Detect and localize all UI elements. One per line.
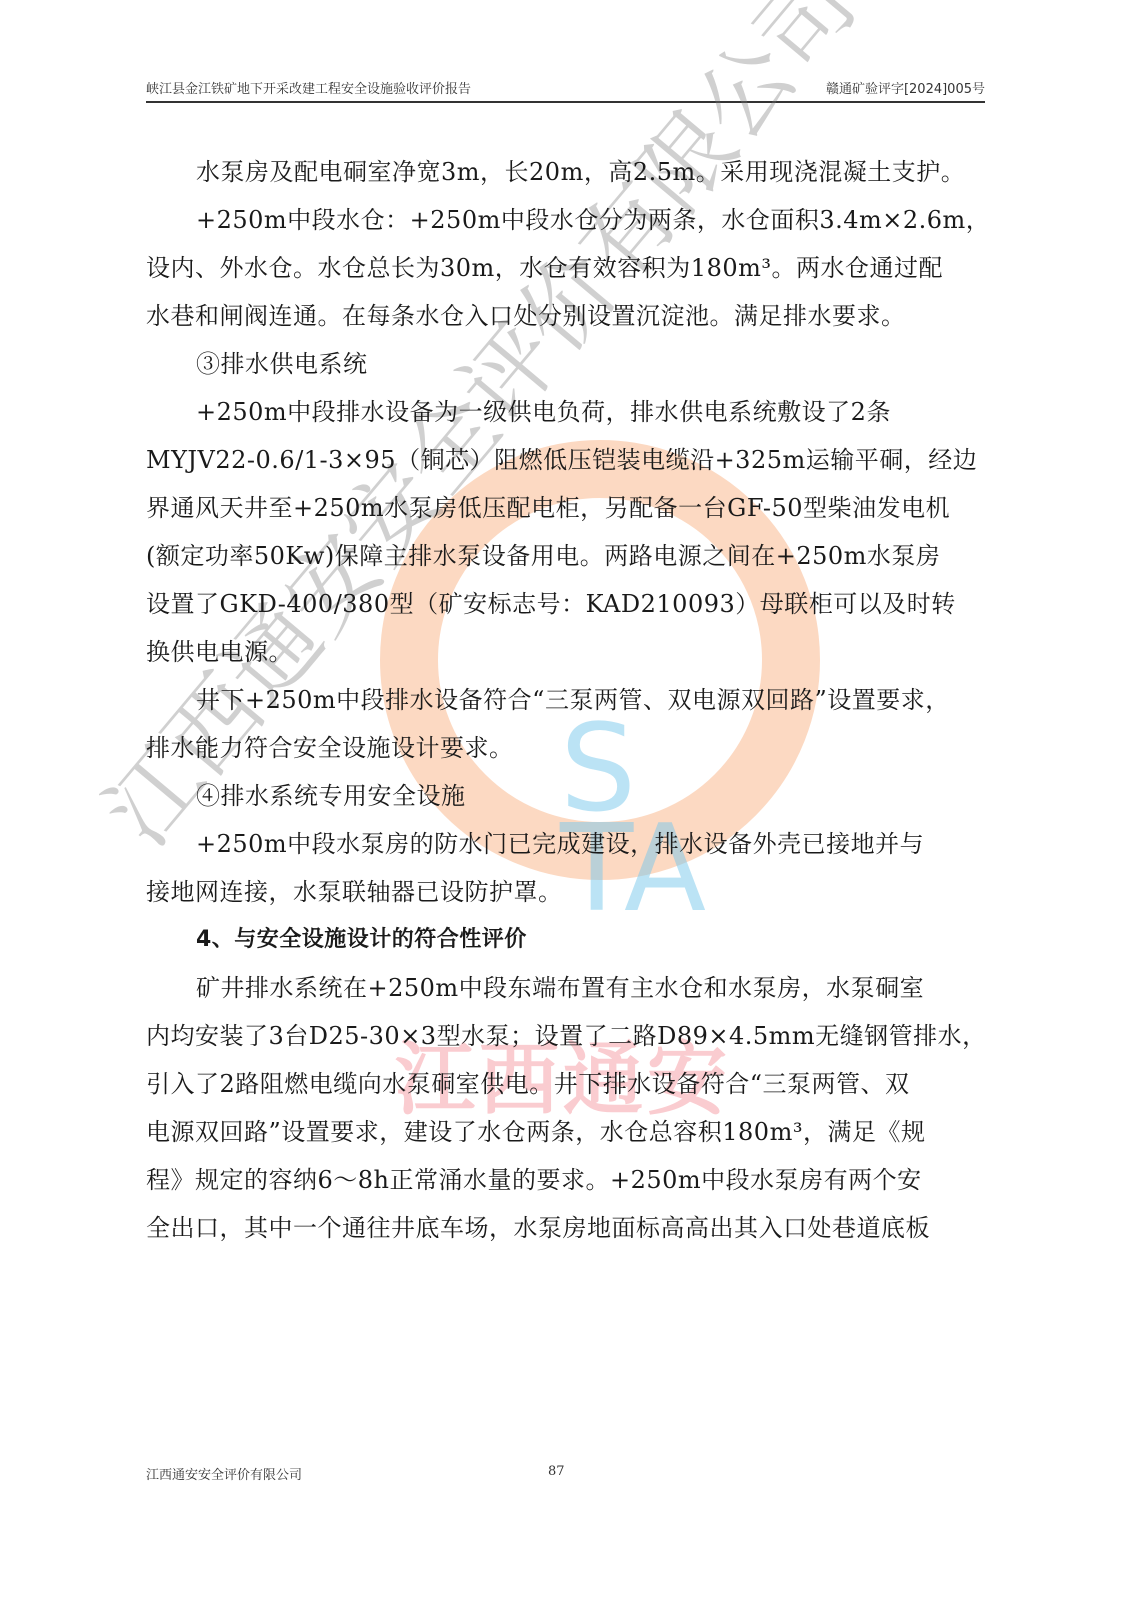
document-number: 赣通矿验评字[2024]005号: [826, 78, 985, 97]
header-divider: [146, 101, 985, 103]
paragraph-line: (额定功率50Kw)保障主排水泵设备用电。两路电源之间在+250m水泵房: [146, 532, 984, 580]
paragraph-line: MYJV22-0.6/1-3×95（铜芯）阻燃低压铠装电缆沿+325m运输平硐，…: [146, 436, 984, 484]
paragraph-line: 界通风天井至+250m水泵房低压配电柜，另配备一台GF-50型柴油发电机: [146, 484, 984, 532]
paragraph-line: 接地网连接，水泵联轴器已设防护罩。: [146, 868, 984, 916]
paragraph-line: 换供电电源。: [146, 628, 984, 676]
section-heading: 4、与安全设施设计的符合性评价: [146, 916, 984, 964]
paragraph-line: 内均安装了3台D25-30×3型水泵；设置了二路D89×4.5mm无缝钢管排水，: [146, 1012, 984, 1060]
paragraph-line: 设置了GKD-400/380型（矿安标志号：KAD210093）母联柜可以及时转: [146, 580, 984, 628]
paragraph-line: +250m中段水泵房的防水门已完成建设，排水设备外壳已接地并与: [146, 820, 984, 868]
subsection-heading: ③排水供电系统: [146, 340, 984, 388]
report-title: 峡江县金江铁矿地下开采改建工程安全设施验收评价报告: [146, 78, 471, 97]
paragraph-line: 引入了2路阻燃电缆向水泵硐室供电。井下排水设备符合“三泵两管、双: [146, 1060, 984, 1108]
paragraph-line: 矿井排水系统在+250m中段东端布置有主水仓和水泵房，水泵硐室: [146, 964, 984, 1012]
paragraph-line: 程》规定的容纳6～8h正常涌水量的要求。+250m中段水泵房有两个安: [146, 1156, 984, 1204]
document-body: 水泵房及配电硐室净宽3m，长20m，高2.5m。采用现浇混凝土支护。 +250m…: [146, 148, 984, 1252]
paragraph-line: 排水能力符合安全设施设计要求。: [146, 724, 984, 772]
paragraph-line: 井下+250m中段排水设备符合“三泵两管、双电源双回路”设置要求，: [146, 676, 984, 724]
subsection-heading: ④排水系统专用安全设施: [146, 772, 984, 820]
page-header: 峡江县金江铁矿地下开采改建工程安全设施验收评价报告 赣通矿验评字[2024]00…: [146, 78, 985, 100]
footer-company: 江西通安安全评价有限公司: [146, 1464, 302, 1483]
page-number: 87: [548, 1464, 565, 1479]
paragraph-line: 电源双回路”设置要求，建设了水仓两条，水仓总容积180m³，满足《规: [146, 1108, 984, 1156]
paragraph-line: 全出口，其中一个通往井底车场，水泵房地面标高高出其入口处巷道底板: [146, 1204, 984, 1252]
paragraph-line: 水巷和闸阀连通。在每条水仓入口处分别设置沉淀池。满足排水要求。: [146, 292, 984, 340]
paragraph-line: +250m中段排水设备为一级供电负荷，排水供电系统敷设了2条: [146, 388, 984, 436]
paragraph-line: +250m中段水仓：+250m中段水仓分为两条，水仓面积3.4m×2.6m，: [146, 196, 984, 244]
paragraph-line: 水泵房及配电硐室净宽3m，长20m，高2.5m。采用现浇混凝土支护。: [146, 148, 984, 196]
paragraph-line: 设内、外水仓。水仓总长为30m，水仓有效容积为180m³。两水仓通过配: [146, 244, 984, 292]
